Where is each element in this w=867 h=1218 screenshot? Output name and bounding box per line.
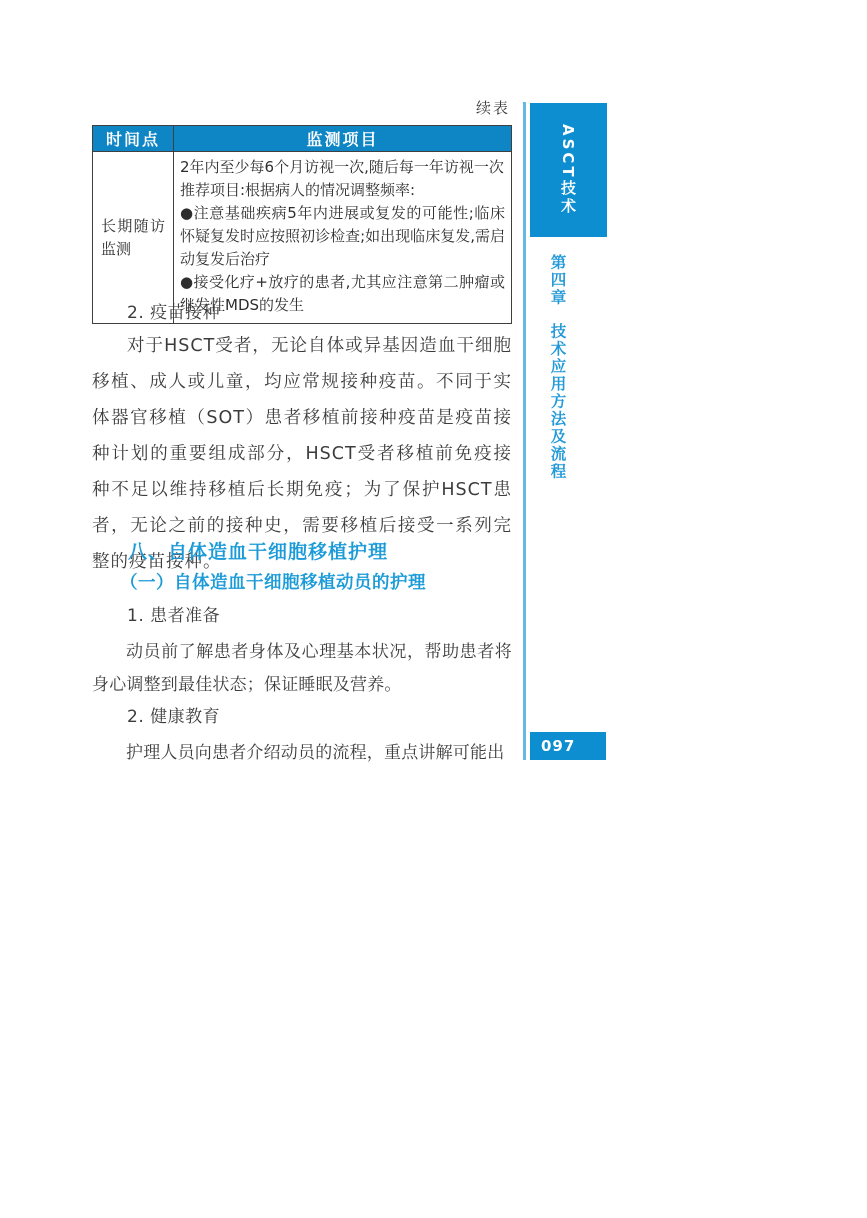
page-number: 097: [541, 737, 575, 755]
sidebar-tab-label: ASCT技术: [558, 124, 579, 216]
numbered-item-health-education: 2. 健康教育: [92, 702, 512, 727]
section-heading-auto-hsct-nursing: 八、自体造血干细胞移植护理: [92, 537, 512, 564]
chapter-title: 技术应用方法及流程: [549, 323, 565, 481]
table-header-row: 时间点 监测项目: [93, 126, 512, 152]
paragraph-patient-preparation: 动员前了解患者身体及心理基本状况，帮助患者将身心调整到最佳状态；保证睡眠及营养。: [92, 636, 512, 702]
monitoring-item-line: 推荐项目:根据病人的情况调整频率:: [180, 179, 505, 202]
page-number-badge: 097: [530, 732, 606, 760]
chapter-vertical-label: 第四章技术应用方法及流程: [549, 254, 565, 480]
monitoring-item-line: ●注意基础疾病5年内进展或复发的可能性;临床怀疑复发时应按照初诊检查;如出现临床…: [180, 202, 505, 271]
numbered-item-patient-preparation: 1. 患者准备: [92, 601, 512, 626]
monitoring-item-line: 2年内至少每6个月访视一次,随后每一年访视一次: [180, 156, 505, 179]
main-content-column: 续表 时间点 监测项目 长期随访监测 2年内至少每6个月访视一次,随后每一年访视…: [92, 0, 512, 1218]
continued-table-label: 续表: [476, 97, 510, 118]
chapter-number: 第四章: [549, 254, 567, 307]
book-page: 续表 时间点 监测项目 长期随访监测 2年内至少每6个月访视一次,随后每一年访视…: [0, 0, 867, 1218]
sidebar-tab-asct-technology: ASCT技术: [530, 103, 607, 237]
paragraph-health-education: 护理人员向患者介绍动员的流程，重点讲解可能出: [92, 737, 512, 770]
column-header-monitoring-items: 监测项目: [174, 126, 512, 152]
sidebar-accent-line: [523, 102, 526, 760]
column-header-time-point: 时间点: [93, 126, 174, 152]
monitoring-table: 时间点 监测项目 长期随访监测 2年内至少每6个月访视一次,随后每一年访视一次 …: [92, 125, 512, 324]
subsection-heading-mobilization-nursing: （一）自体造血干细胞移植动员的护理: [92, 569, 512, 594]
numbered-item-vaccination: 2. 疫苗接种: [92, 298, 512, 323]
